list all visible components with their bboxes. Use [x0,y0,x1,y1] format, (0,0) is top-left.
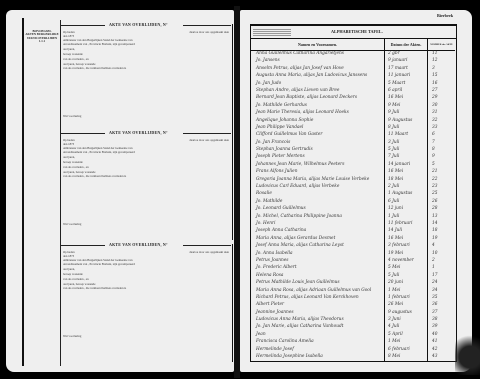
table-row: Albert Pieter26 Mei36 [252,302,455,309]
page-stain [455,330,480,375]
table-row: Maria Anna Rosa, alijas Adriaan Guillelm… [252,288,455,295]
entry-date: 6 Juli [388,199,399,204]
entry-date: 3 Juli [388,140,399,145]
entry-name: Jo. Frederic Albert [256,265,297,270]
entry-name: Jo. Jan Judo [256,81,281,86]
form-line: oud jaren, [63,155,75,159]
table-row: Jean5 April40 [252,332,455,339]
form-line: van de overleden , die verklaard hebben … [63,66,126,70]
table-row: Jo. Jansens9 januari12 [252,58,455,65]
form-line: beroep wonende [63,272,83,276]
entry-name: Jo. Mathilde Gerhardus [256,103,307,108]
form-line: Arrondissement van , Provincie Brabant, … [63,150,135,154]
entry-date: 6 april [388,88,402,93]
entry-number: 36 [432,302,437,307]
entry-number: 34 [432,288,437,293]
entry-date: 1 Mei [388,339,400,344]
entry-date: 16 Mei [388,95,403,100]
entry-name: Augusta Anna Maria, alijas Jan Ludovicus… [256,73,367,78]
table-title: ALPHABETISCHE TAFEL. [331,29,383,34]
entry-name: Anna Guillelmus Catharina Angarietjens [256,51,344,56]
entry-name: Frans Alfons Julien [256,169,297,174]
entry-date: 14 januari [388,162,410,167]
entry-number: 29 [432,95,437,100]
form-line: beroep wonende [63,160,83,164]
entry-date: 18 Mei [388,177,403,182]
entry-number: 7 [432,140,435,145]
table-row: Jo. Henri11 februari14 [252,221,455,228]
record-title-bar: AKTE VAN OVERLIJDEN, N° [61,130,231,136]
table-row: Clifford Guillelmus Van Gaster11 Maart6 [252,132,455,139]
table-row: Petrus Joannes4 november2 [252,258,455,265]
entry-number: 1 [432,265,435,270]
table-row: Francisca Carolina Amelia1 Mei41 [252,339,455,346]
table-row: Jo. Frederic Albert5 Mei1 [252,265,455,272]
entry-number: 13 [432,214,437,219]
entry-number: 41 [432,339,437,344]
table-title-bar: ALPHABETISCHE TAFEL. [251,26,456,39]
table-row: Josef Anna Maria, alijas Catharina Leyst… [252,243,455,250]
form-line: van de overleden , en [63,165,89,169]
entry-date: 12 juni [388,206,403,211]
entry-date: 9 Mei [388,103,400,108]
entry-number: 9 [432,154,435,159]
table-row: Jo. Anna Isabella19 Mei10 [252,251,455,258]
table-row: Hermelinda Josephine Isabella8 Mei43 [252,354,455,361]
record-border [232,132,234,240]
entry-name: Rosalie [256,191,272,196]
column-header-names: Namen en Voornamen. [251,39,384,51]
divider [61,245,105,246]
entry-date: 1 Mei [388,288,400,293]
entry-date: 16 Mei [388,169,403,174]
entry-number: 40 [432,332,437,337]
entry-date: 8 Mei [388,354,400,359]
entry-name: Angelique Johanna Sophie [256,118,313,123]
entry-name: Stephan Joanna Gertrudis [256,147,313,152]
side-header: BIJVOEGSEL AKTEN BURGERLIJKE STAND OVERL… [24,20,60,44]
entry-date: 5 Mei [388,265,400,270]
entry-name: Ludovicus Carl Eduard, alijas Verbeke [256,184,339,189]
table-row: Jo. Michel, Catharina Philippine Joanna1… [252,214,455,221]
entry-number: 3 [432,66,435,71]
table-row: Stephan Andre, alijas Lieven van Bree6 a… [252,88,455,95]
entry-date: 7 Juli [388,154,399,159]
form-line: van de overleden , die verklaard hebben … [63,174,126,178]
table-row: Jo. Jan Marie, alijas Catharina Vanhoudt… [252,324,455,331]
entry-name: Bernard Jean Baptiste, alijas Leonard De… [256,95,357,100]
entry-number: 15 [432,73,437,78]
entry-number: 21 [432,169,437,174]
entry-name: Stephan Andre, alijas Lieven van Bree [256,88,339,93]
divider [183,25,231,26]
entry-name: Richard Petrus, alijas Leonard Van Kerck… [256,295,359,300]
entry-name: Johannes Jean Marie, Wilhelmus Peeters [256,162,344,167]
table-row: Jo. Leonard Guillelmus12 juni28 [252,206,455,213]
entry-date: 3 februari [388,243,410,248]
table-row: Frans Alfons Julien16 Mei21 [252,169,455,176]
entry-date: 9 augustus [388,310,412,315]
entry-name: Jo. Jan Marie, alijas Catharina Vanhoudt [256,324,344,329]
side-header-box: BIJVOEGSEL AKTEN BURGERLIJKE STAND OVERL… [24,20,61,366]
entry-number: 8 [432,147,435,152]
table-row: Jo. Mathilde Gerhardus9 Mei30 [252,103,455,110]
table-row: Maria Anna, alijas Gerardus Desmet16 Mei… [252,236,455,243]
side-header-line: 1.1.1 [24,40,60,43]
entry-number: 19 [432,236,437,241]
entry-number: 17 [432,273,437,278]
entry-date: 5 Juli [388,147,399,152]
entry-number: 33 [432,125,437,130]
entry-number: 37 [432,310,437,315]
entry-number: 43 [432,354,437,359]
entry-name: Clifford Guillelmus Van Gaster [256,132,322,137]
entry-date: 5 Juli [388,273,399,278]
table-row: Angelique Johanna Sophie9 Augustus32 [252,118,455,125]
entry-number: 25 [432,191,437,196]
form-note: daartoe door ons opgemaakt akte [189,138,229,142]
table-row: Stephan Joanna Gertrudis5 Juli8 [252,147,455,154]
entry-number: 28 [432,206,437,211]
entry-date: 9 Augustus [388,118,412,123]
entry-number: 10 [432,251,437,256]
entry-name: Jo. Michel, Catharina Philippine Joanna [256,214,342,219]
divider [61,25,105,26]
entry-name: Jean [256,332,266,337]
table-row: Jean Philippe Vandael8 Juli33 [252,125,455,132]
entry-name: Jo. Jan Francois [256,140,290,145]
form-line: Arrondissement van , Provincie Brabant, … [63,42,135,46]
entry-number: 30 [432,103,437,108]
form-line: van de overleden , en [63,277,89,281]
entry-date: 19 Mei [388,251,403,256]
table-body: Anna Guillelmus Catharina Angarietjens2 … [252,51,455,361]
table-row: Bernard Jean Baptiste, alijas Leonard De… [252,95,455,102]
entry-name: Petrus Joannes [256,258,289,263]
entry-name: Hermelinde Josef [256,347,294,352]
table-row: Jo. Jan Francois3 Juli7 [252,140,455,147]
entry-date: 16 Mei [388,236,403,241]
form-line: oud jaren, [63,47,75,51]
entry-name: Jo. Anna Isabella [256,251,293,256]
entry-name: Helena Rosa [256,273,284,278]
entry-name: Josef Anna Maria, alijas Catharina Leyst [256,243,344,248]
table-row: Joseph Anna Catharina14 Juli18 [252,228,455,235]
entry-date: 1 Juli [388,214,399,219]
entry-name: Petrus Mathilde Louis Jean Guillelmus [256,280,340,285]
form-line: Wat voorlezing [63,334,81,338]
entry-name: Jean Philippe Vandael [256,125,303,130]
table-row: Gregoria Joanna Maria, alijas Marie Loui… [252,177,455,184]
entry-number: 31 [432,110,437,115]
table-row: Hermelinde Josef6 februari42 [252,347,455,354]
table-row: Augusta Anna Maria, alijas Jan Ludovicus… [252,73,455,80]
record-border [232,24,234,132]
table-row: Anselm Petrus, alijas Jan Josef van Hove… [252,66,455,73]
form-line: Wat voorlezing [63,114,81,118]
death-record-form: AKTE VAN OVERLIJDEN, N°Op hedenden 1873A… [61,242,231,352]
entry-number: 12 [432,58,437,63]
entry-name: Jo. Leonard Guillelmus [256,206,306,211]
entry-date: 4 november [388,258,414,263]
entry-date: 17 maart [388,66,408,71]
entry-name: Maria Anna, alijas Gerardus Desmet [256,236,335,241]
entry-number: 16 [432,81,437,86]
table-row: Johannes Jean Marie, Wilhelmus Peeters14… [252,162,455,169]
entry-name: Maria Anna Rosa, alijas Adriaan Guillelm… [256,288,371,293]
entry-number: 32 [432,118,437,123]
entry-number: 35 [432,295,437,300]
entry-date: 3 Juni [388,317,401,322]
entry-name: Anselm Petrus, alijas Jan Josef van Hove [256,66,344,71]
table-row: Jo. Mathilde6 Juli26 [252,199,455,206]
table-row: Jo. Jan Judo5 Maart16 [252,81,455,88]
death-record-form: AKTE VAN OVERLIJDEN, N°Op hedenden 1873A… [61,22,231,132]
divider [183,245,231,246]
alphabetical-table: ALPHABETISCHE TAFEL. Namen en Voornamen.… [250,24,457,362]
record-title-bar: AKTE VAN OVERLIJDEN, N° [61,22,231,28]
divider [61,133,105,134]
entry-number: 42 [432,347,437,352]
death-record-form: AKTE VAN OVERLIJDEN, N°Op hedenden 1873A… [61,130,231,240]
column-header-number: NUMMER der AKTE [428,39,455,51]
entry-name: Jo. Henri [256,221,275,226]
record-border [232,244,234,362]
entry-number: 18 [432,228,437,233]
table-row: Joseph Pieter Mertens7 Juli9 [252,154,455,161]
entry-number: 14 [432,221,437,226]
record-title: AKTE VAN OVERLIJDEN, N° [109,130,168,135]
entry-number: 11 [432,51,437,56]
entry-number: 26 [432,199,437,204]
form-note: daartoe door ons opgemaakt akte [189,30,229,34]
entry-date: 8 Juli [388,125,399,130]
entry-date: 11 Maart [388,132,408,137]
form-line: beroep wonende [63,52,83,56]
divider [183,133,231,134]
entry-name: Jeannine Joannes [256,310,294,315]
entry-date: 20 juni [388,280,403,285]
entry-date: 6 februari [388,347,410,352]
entry-name: Joseph Pieter Mertens [256,154,305,159]
entry-date: 26 Mei [388,302,403,307]
form-line: Arrondissement van , Provincie Brabant, … [63,262,135,266]
entry-date: 11 januari [388,73,410,78]
record-title: AKTE VAN OVERLIJDEN, N° [109,22,168,27]
entry-name: Gregoria Joanna Maria, alijas Marie Loui… [256,177,369,182]
entry-name: Albert Pieter [256,302,284,307]
entry-date: 4 Juli [388,324,399,329]
entry-date: 1 Augustus [388,191,412,196]
form-line: van de overleden , die verklaard hebben … [63,286,126,290]
header-stamp [253,28,291,36]
entry-number: 23 [432,184,437,189]
entry-date: 2 gbr [388,51,400,56]
table-row: Ludovicus Carl Eduard, alijas Verbeke2 J… [252,184,455,191]
table-row: Ludovicus Anna Maria, alijas Theodorus3 … [252,317,455,324]
record-title: AKTE VAN OVERLIJDEN, N° [109,242,168,247]
form-line: oud jaren, [63,267,75,271]
entry-name: Ludovicus Anna Maria, alijas Theodorus [256,317,344,322]
entry-name: Joseph Anna Catharina [256,228,306,233]
entry-number: 38 [432,317,437,322]
entry-date: 14 Juli [388,228,402,233]
entry-number: 6 [432,132,435,137]
entry-name: Hermelinda Josephine Isabella [256,354,323,359]
entry-name: Francisca Carolina Amelia [256,339,314,344]
table-row: Rosalie1 Augustus25 [252,191,455,198]
place-name: Bierbeek [437,13,453,18]
record-title-bar: AKTE VAN OVERLIJDEN, N° [61,242,231,248]
entry-date: 1 februari [388,295,410,300]
entry-number: 5 [432,162,435,167]
form-note: daartoe door ons opgemaakt akte [189,250,229,254]
entry-number: 22 [432,177,437,182]
entry-date: 9 januari [388,58,408,63]
entry-date: 5 Maart [388,81,405,86]
entry-date: 9 Juli [388,110,399,115]
entry-number: 39 [432,324,437,329]
entry-name: Jean Marie Theresia, alijas Leonard Hoek… [256,110,349,115]
entry-name: Jo. Jansens [256,58,280,63]
entry-date: 2 Juli [388,184,399,189]
entry-number: 24 [432,280,437,285]
table-row: Anna Guillelmus Catharina Angarietjens2 … [252,51,455,58]
table-row: Helena Rosa5 Juli17 [252,273,455,280]
entry-number: 27 [432,88,437,93]
entry-number: 2 [432,258,435,263]
entry-date: 11 februari [388,221,413,226]
table-row: Jeannine Joannes9 augustus37 [252,310,455,317]
entry-date: 5 April [388,332,403,337]
form-line: Wat voorlezing [63,222,81,226]
entry-name: Jo. Mathilde [256,199,282,204]
column-header-date: Datum der Akten. [385,39,427,51]
table-row: Richard Petrus, alijas Leonard Van Kerck… [252,295,455,302]
form-line: van de overleden , en [63,57,89,61]
table-row: Jean Marie Theresia, alijas Leonard Hoek… [252,110,455,117]
table-row: Petrus Mathilde Louis Jean Guillelmus20 … [252,280,455,287]
entry-number: 4 [432,243,435,248]
